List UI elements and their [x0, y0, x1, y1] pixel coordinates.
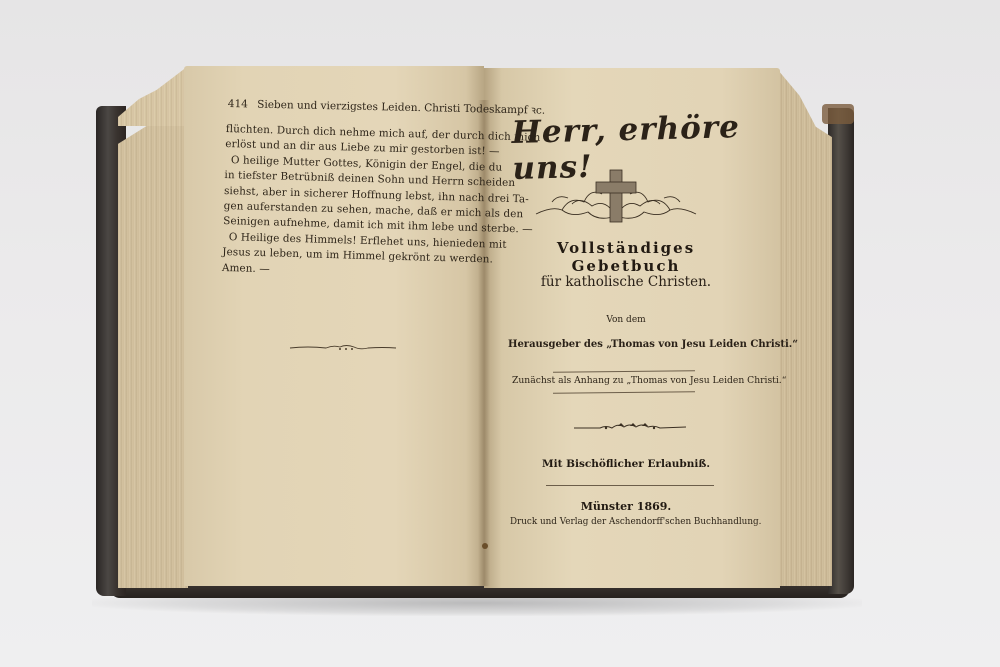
von-dem-label: Von dem: [506, 315, 746, 325]
episcopal-permission: Mit Bischöflicher Erlaubniß.: [506, 458, 746, 470]
page-edges-right: [778, 70, 832, 586]
publisher-imprint: Druck und Verlag der Aschendorff'schen B…: [510, 517, 760, 527]
tail-piece-ornament-icon: [288, 343, 398, 353]
page-number: 414: [228, 98, 248, 110]
place-and-year: Münster 1869.: [506, 500, 746, 513]
binding-stitch: [482, 543, 488, 549]
left-page-body: flüchten. Durch dich nehme mich auf, der…: [222, 122, 484, 283]
appendix-note: Zunächst als Anhang zu „Thomas von Jesu …: [512, 375, 762, 386]
floral-rule-ornament-icon: [572, 421, 688, 433]
book-subtitle: Vollständiges Gebetbuch: [506, 239, 746, 275]
book-subtitle-line2: für katholische Christen.: [506, 274, 746, 290]
page-edges-left: [118, 100, 188, 588]
page-edges-left-top: [118, 66, 188, 126]
cross-with-ribbon-vignette-icon: [532, 166, 700, 224]
rule-above-imprint: [546, 485, 714, 486]
editor-credit: Herausgeber des „Thomas von Jesu Leiden …: [508, 339, 748, 350]
